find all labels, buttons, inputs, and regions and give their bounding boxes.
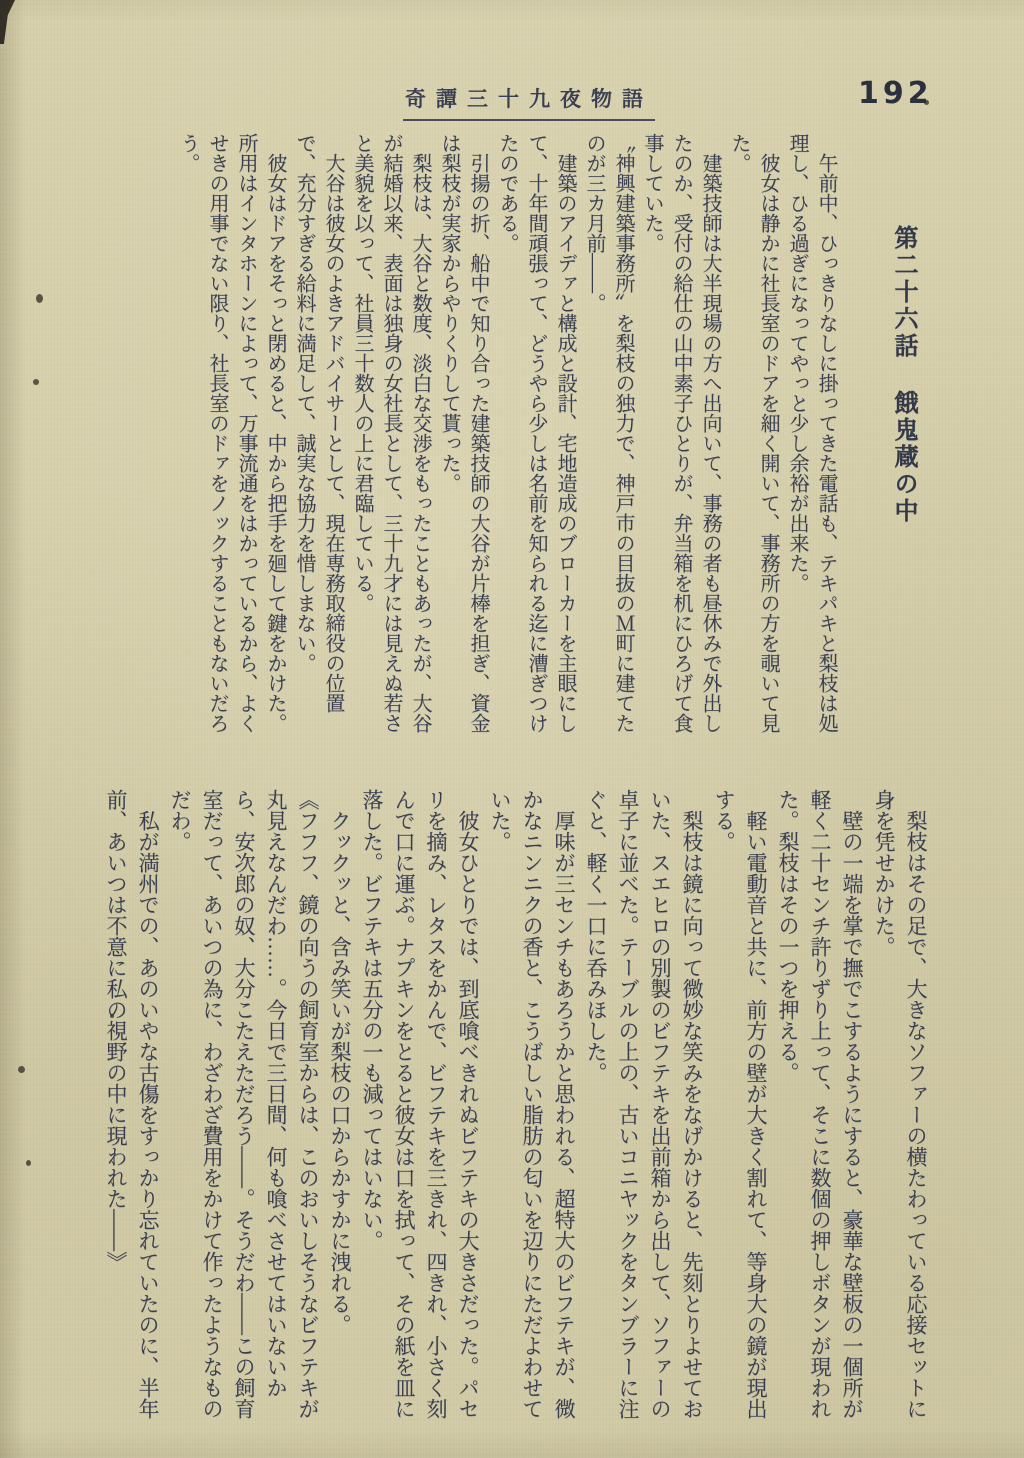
- chapter-name: 餓鬼蔵の中: [890, 390, 916, 525]
- paragraph: 彼女ひとりでは、到底喰べきれぬビフテキの大きさだった。パセリを摘み、レタスをかん…: [356, 789, 484, 1424]
- paragraph: 引揚の折、船中で知り合った建築技師の大谷が片棒を担ぎ、資金は梨枝が実家からやりく…: [434, 133, 492, 738]
- paragraph: 午前中、ひっきりなしに掛ってきた電話も、テキパキと梨枝は処理し、ひる過ぎになって…: [782, 133, 840, 738]
- lower-text-block: 梨枝はその足で、大きなソファーの横たわっている応接セットに身を凭せかけた。 壁の…: [94, 789, 932, 1424]
- paragraph: 建築のアイデァと構成と設計、宅地造成のブローカーを主眼にして、十年間頑張って、ど…: [492, 133, 579, 738]
- paragraph: 壁の一端を掌で撫でこするようにすると、豪華な壁板の一個所が軽く二十センチ許りずり…: [772, 789, 868, 1424]
- paragraph: 彼女は静かに社長室のドアを細く開いて、事務所の方を覗いて見た。: [724, 133, 782, 738]
- scan-speck: [26, 1160, 31, 1166]
- paragraph: 《フフフ、鏡の向うの飼育室からは、このおいしそうなビフテキが丸見えなんだわ……。…: [164, 789, 324, 1424]
- paragraph: 私が満州での、あのいやな古傷をすっかり忘れていたのに、半年前、あいつは不意に私の…: [100, 789, 164, 1424]
- scan-speck: [36, 294, 43, 303]
- running-head-book-title: 奇譚三十九夜物語: [403, 83, 655, 121]
- paragraph: 彼女はドアをそっと閉めると、中から把手を廻して鍵をかけた。所用はインタホーンによ…: [173, 133, 289, 738]
- scan-corner-artifact: [0, 0, 15, 44]
- page-number: 192: [858, 76, 933, 111]
- upper-text-block: 第二十六話餓鬼蔵の中 午前中、ひっきりなしに掛ってきた電話も、テキパキと梨枝は処…: [136, 133, 920, 738]
- paragraph: 厚味が三センチもあろうかと思われる、超特大のビフテキが、微かなニンニクの香と、こ…: [484, 789, 580, 1424]
- paragraph: 梨枝はその足で、大きなソファーの横たわっている応接セットに身を凭せかけた。: [868, 789, 932, 1424]
- paragraph: 〝神興建築事務所〟を梨枝の独力で、神戸市の目抜のＭ町に建てたのが三カ月前――。: [579, 133, 637, 738]
- paragraph: 建築技師は大半現場の方へ出向いて、事務の者も昼休みで外出したのか、受付の給仕の山…: [637, 133, 724, 738]
- scan-speck: [33, 379, 39, 385]
- paragraph: 大谷は彼女のよきアドバイサーとして、現在専務取締役の位置で、充分すぎる給料に満足…: [289, 133, 347, 738]
- scan-speck: [18, 1066, 25, 1073]
- paragraph: クックッと、含み笑いが梨枝の口からかすかに洩れる。: [324, 789, 356, 1424]
- chapter-number: 第二十六話: [890, 225, 916, 360]
- paragraph: 梨枝は、大谷と数度、淡白な交渉をもったこともあったが、大谷が結婚以来、表面は独身…: [347, 133, 434, 738]
- chapter-title: 第二十六話餓鬼蔵の中: [886, 133, 920, 738]
- paragraph: 梨枝は鏡に向って微妙な笑みをなげかけると、先刻とりよせておいた、スエヒロの別製の…: [580, 789, 708, 1424]
- book-page: 奇譚三十九夜物語 192 第二十六話餓鬼蔵の中 午前中、ひっきりなしに掛ってきた…: [0, 0, 1024, 1458]
- paragraph: 軽い電動音と共に、前方の壁が大きく割れて、等身大の鏡が現出する。: [708, 789, 772, 1424]
